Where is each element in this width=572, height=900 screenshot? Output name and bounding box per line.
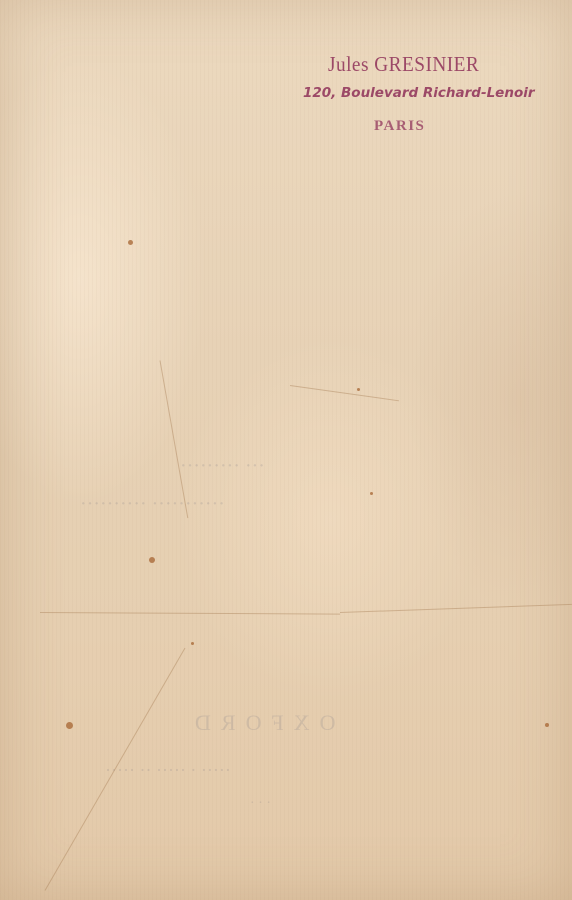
scanned-page: ··· ········· ··········· ·········· OXF…: [0, 0, 572, 900]
foxing-spot: [370, 492, 373, 495]
paper-crease: [340, 604, 572, 613]
stamp-address: 120, Boulevard Richard-Lenoir: [303, 85, 535, 101]
foxing-spot: [357, 388, 360, 391]
foxing-spot: [149, 557, 155, 563]
stamp-name: Jules GRESINIER: [328, 52, 479, 77]
foxing-spot: [128, 240, 133, 245]
bleed-through-text-upper: ··· ·········: [180, 455, 265, 478]
paper-crease: [40, 612, 340, 615]
bleed-through-text-line: ····· · ····· ·· ·····: [105, 760, 231, 781]
bleed-through-text-title: OXFORD: [185, 710, 335, 736]
foxing-spot: [191, 642, 194, 645]
edge-shading: [0, 0, 572, 900]
foxing-spot: [66, 722, 73, 729]
stamp-city: PARIS: [374, 118, 425, 135]
bleed-through-text-small: · · ·: [250, 796, 271, 812]
bleed-through-text-middle: ··········· ··········: [80, 493, 225, 516]
foxing-spot: [545, 723, 549, 727]
paper-crease: [290, 385, 399, 401]
